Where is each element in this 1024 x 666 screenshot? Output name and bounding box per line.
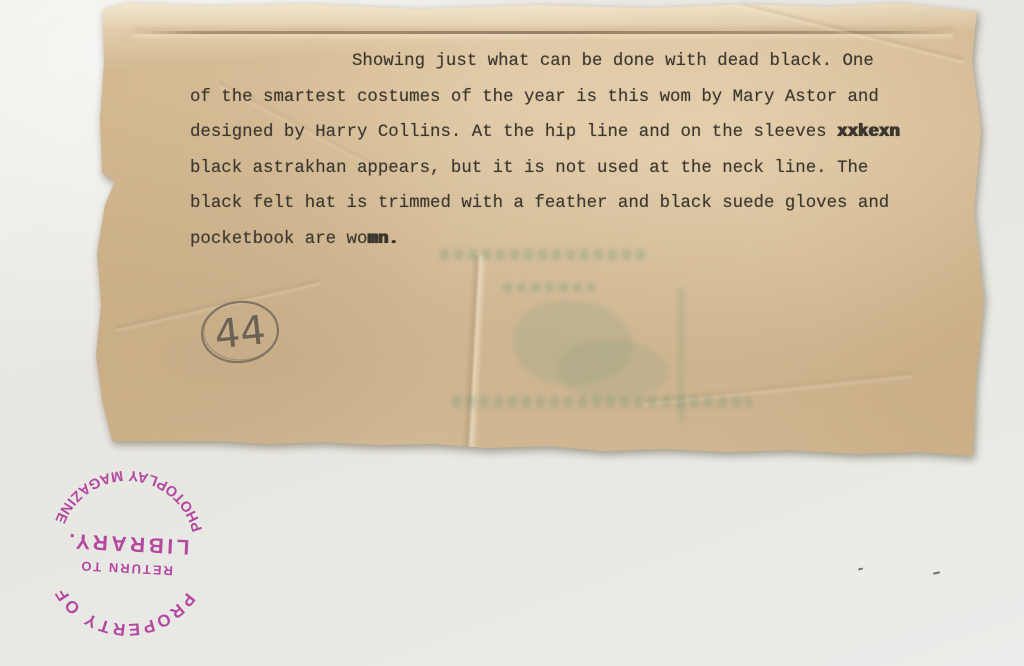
scanned-document-page: { "document": { "kind": "typewritten-cap…: [0, 0, 1024, 666]
stamp-arc-bottom-text: PHOTOPLAY MAGAZINE: [51, 463, 210, 534]
pencil-number: 44: [212, 307, 267, 358]
caption-text: Showing just what can be done with dead …: [352, 52, 874, 71]
caption-text: pocketbook are wo: [190, 230, 367, 249]
caption-line: pocketbook are womn.: [190, 222, 910, 258]
caption-line: Showing just what can be done with dead …: [190, 44, 910, 80]
caption-slip-paper: Showing just what can be done with dead …: [88, 0, 988, 462]
strikeout-text: xxkexn: [837, 123, 900, 142]
stamp-arc-top-text: PROPERTY OF: [48, 582, 199, 643]
overstrike-text: mn.: [367, 230, 398, 249]
fold-crease-line: [133, 31, 953, 34]
caption-line: black astrakhan appears, but it is not u…: [190, 151, 910, 187]
penciled-number-badge: 44: [184, 290, 296, 376]
bleedthrough-rule: [678, 288, 685, 423]
bleedthrough-text-line: [503, 283, 595, 292]
ink-speck: [858, 568, 863, 571]
stamp-return-to-text: RETURN TO: [79, 559, 173, 579]
caption-line: designed by Harry Collins. At the hip li…: [190, 115, 910, 151]
caption-slip: Showing just what can be done with dead …: [88, 0, 988, 462]
ink-speck: [933, 571, 940, 574]
caption-text: black felt hat is trimmed with a feather…: [190, 194, 889, 213]
library-stamp: PROPERTY OF RETURN TO LIBRARY. PHOTOPLAY…: [25, 450, 230, 655]
crease: [461, 255, 488, 461]
caption-line: of the smartest costumes of the year is …: [190, 80, 910, 116]
typed-caption: Showing just what can be done with dead …: [190, 44, 910, 258]
crease: [643, 368, 913, 408]
bleedthrough-text-line: [452, 396, 752, 408]
stamp-library-text: LIBRARY.: [65, 529, 190, 558]
bleedthrough-emblem: [558, 340, 668, 400]
caption-text: of the smartest costumes of the year is …: [190, 88, 879, 107]
caption-text: black astrakhan appears, but it is not u…: [190, 159, 868, 178]
caption-text: designed by Harry Collins. At the hip li…: [190, 123, 837, 142]
caption-line: black felt hat is trimmed with a feather…: [190, 186, 910, 222]
bleedthrough-emblem: [513, 300, 633, 385]
fold-highlight: [98, 0, 978, 30]
